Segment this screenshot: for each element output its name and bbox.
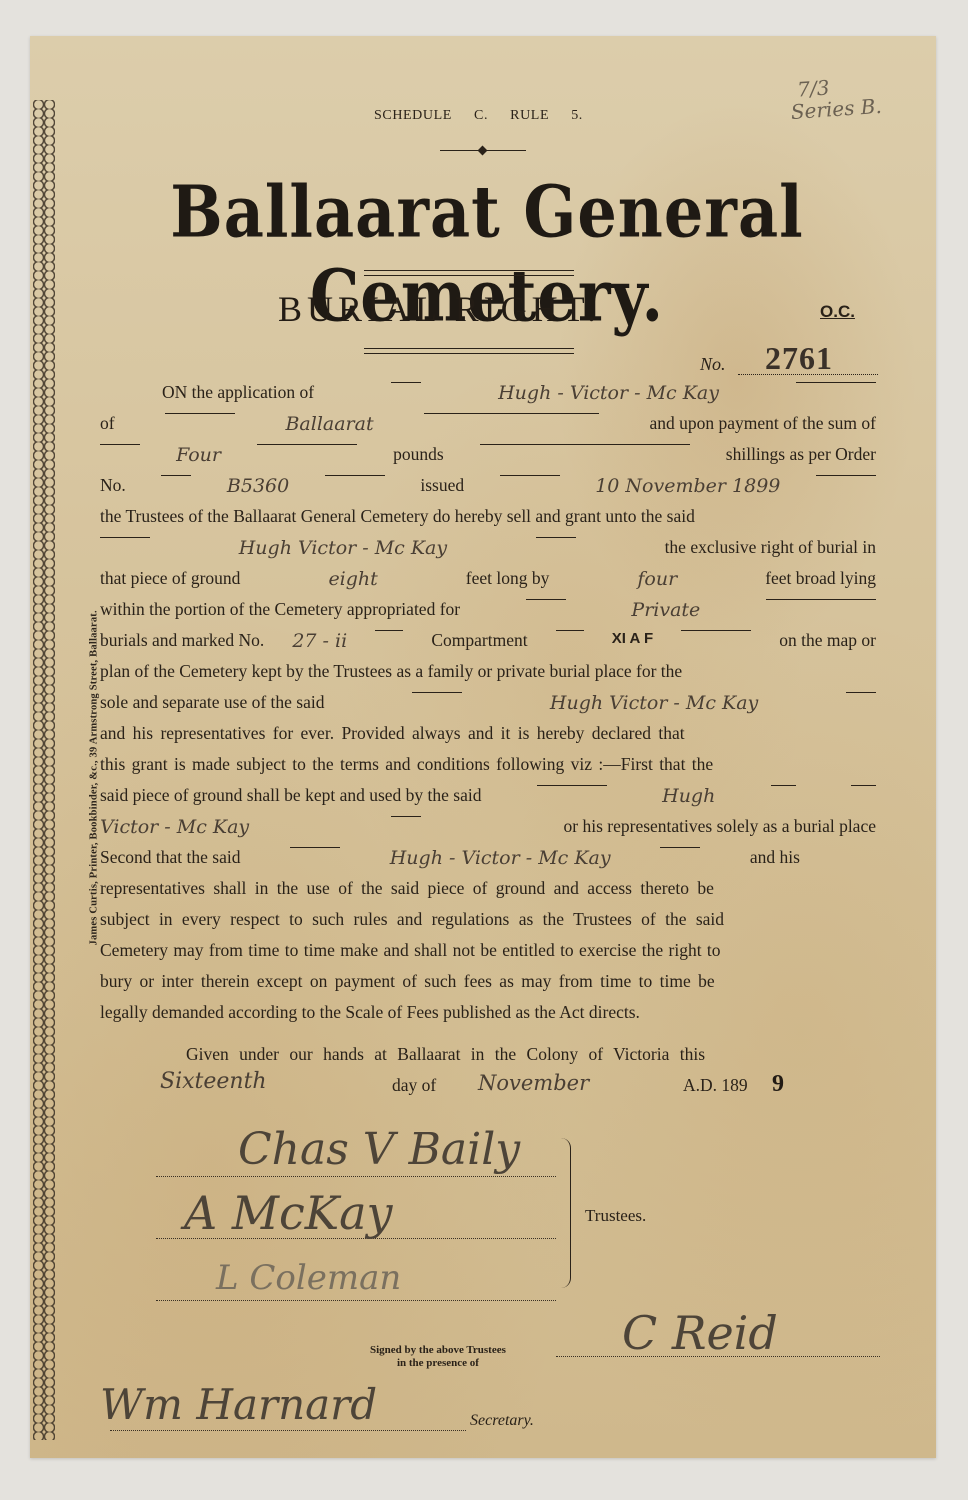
text: said piece of ground shall be kept and u…	[100, 785, 482, 816]
schedule-rule-heading: SCHEDULE C. RULE 5.	[374, 108, 583, 124]
line-payment: Four pounds shillings as per Order	[100, 444, 876, 475]
order-number: B5360	[227, 475, 289, 506]
blank	[500, 475, 560, 476]
pounds-amount: Four	[176, 444, 221, 475]
pencil-annotation: 7/3 Series B.	[789, 73, 883, 123]
line-representatives: and his representatives for ever. Provid…	[100, 723, 876, 754]
text: feet long by	[466, 568, 550, 599]
blank	[290, 847, 340, 848]
witness-signature: C Reid	[622, 1306, 778, 1360]
burial-type: Private	[631, 599, 700, 630]
text: Second that the said	[100, 847, 240, 878]
blank	[771, 785, 796, 786]
text: on the map or	[779, 630, 876, 661]
text: or his representatives solely as a buria…	[564, 816, 876, 847]
line-residence: of Ballaarat and upon payment of the sum…	[100, 413, 876, 444]
second-party-name: Hugh - Victor - Mc Kay	[390, 847, 611, 878]
second-name: Victor - Mc Kay	[100, 816, 249, 847]
ad-label: A.D. 189	[683, 1075, 748, 1096]
year-digit: 9	[772, 1071, 784, 1098]
line-act: legally demanded according to the Scale …	[100, 1002, 876, 1033]
trustee-sig-line-3	[156, 1300, 556, 1301]
blank	[391, 382, 421, 383]
month-value: November	[478, 1071, 589, 1095]
trustee-signature-1: Chas V Baily	[238, 1124, 520, 1175]
line-plan: plan of the Cemetery kept by the Trustee…	[100, 661, 876, 692]
text: No.	[100, 475, 126, 506]
text: issued	[420, 475, 464, 506]
certificate-number-label: No.	[700, 354, 726, 375]
printer-imprint: James Curtis, Printer, Bookbinder, &c., …	[89, 586, 100, 946]
document-subtitle: BURIAL RIGHT.	[278, 288, 601, 330]
line-dimensions: that piece of ground eight feet long by …	[100, 568, 876, 599]
blank	[165, 413, 235, 414]
blank	[766, 599, 876, 600]
day-label: day of	[392, 1075, 436, 1096]
text: shillings as per Order	[726, 444, 876, 475]
text: the exclusive right of burial in	[665, 537, 876, 568]
blank	[556, 630, 584, 631]
trustee-signature-3: L Coleman	[216, 1258, 401, 1298]
plot-length: eight	[328, 568, 377, 599]
ornamental-border	[33, 100, 55, 1440]
grantee-name: Hugh Victor - Mc Kay	[239, 537, 447, 568]
blank	[100, 444, 140, 445]
line-first-condition: said piece of ground shall be kept and u…	[100, 785, 876, 816]
residence: Ballaarat	[285, 413, 373, 444]
line-application: ON the application of Hugh - Victor - Mc…	[100, 382, 876, 413]
secretary-signature: Wm Harnard	[100, 1380, 377, 1429]
witness-label-line-1: Signed by the above Trustees	[370, 1344, 506, 1357]
blank	[681, 630, 751, 631]
line-grantee: Hugh Victor - Mc Kay the exclusive right…	[100, 537, 876, 568]
blank	[161, 475, 191, 476]
blank	[846, 692, 876, 693]
blank	[100, 537, 150, 538]
text: ON the application of	[162, 382, 314, 413]
blank	[257, 444, 357, 445]
blank	[537, 785, 607, 786]
blank	[816, 475, 876, 476]
certificate-number: 2761	[765, 340, 833, 377]
line-exercise: Cemetery may from time to time make and …	[100, 940, 876, 971]
text: of	[100, 413, 115, 444]
blank	[660, 847, 700, 848]
trustees-brace	[560, 1138, 571, 1288]
blank	[526, 599, 566, 600]
trustee-signature-2: A McKay	[184, 1186, 392, 1240]
secretary-label: Secretary.	[470, 1412, 534, 1430]
text: and upon payment of the sum of	[649, 413, 875, 444]
text: pounds	[393, 444, 444, 475]
line-fees: bury or inter therein except on payment …	[100, 971, 876, 1002]
trustee-sig-line-1	[156, 1176, 556, 1177]
text: and his	[750, 847, 800, 878]
double-rule-top	[364, 270, 574, 276]
blank	[412, 692, 462, 693]
witness-label-line-2: in the presence of	[370, 1357, 506, 1370]
blank	[851, 785, 876, 786]
text: within the portion of the Cemetery appro…	[100, 599, 460, 630]
text: burials and marked No.	[100, 630, 264, 661]
text: that piece of ground	[100, 568, 240, 599]
blank	[391, 816, 421, 817]
witness-label: Signed by the above Trustees in the pres…	[370, 1344, 506, 1370]
first-name: Hugh	[662, 785, 715, 816]
line-conditions: this grant is made subject to the terms …	[100, 754, 876, 785]
line-trustees: the Trustees of the Ballaarat General Ce…	[100, 506, 876, 537]
blank	[375, 630, 403, 631]
oc-mark: O.C.	[820, 302, 855, 322]
sole-user-name: Hugh Victor - Mc Kay	[550, 692, 758, 723]
double-rule-bottom	[364, 348, 574, 354]
line-order: No. B5360 issued 10 November 1899	[100, 475, 876, 506]
blank	[796, 382, 876, 383]
text: Compartment	[431, 630, 527, 661]
line-solely: Victor - Mc Kay or his representatives s…	[100, 816, 876, 847]
line-use: representatives shall in the use of the …	[100, 878, 876, 909]
line-date: Sixteenth day of November A.D. 189 9	[100, 1075, 876, 1106]
issued-date: 10 November 1899	[595, 475, 780, 506]
shillings-blank	[480, 444, 690, 445]
applicant-name: Hugh - Victor - Mc Kay	[498, 382, 719, 413]
text: feet broad lying	[765, 568, 876, 599]
day-value: Sixteenth	[160, 1069, 267, 1094]
text: sole and separate use of the said	[100, 692, 325, 723]
marked-number: 27 - ii	[292, 630, 347, 661]
secretary-sig-line	[110, 1430, 466, 1431]
line-second-condition: Second that the said Hugh - Victor - Mc …	[100, 847, 800, 878]
plot-breadth: four	[637, 568, 677, 599]
line-marked: burials and marked No. 27 - ii Compartme…	[100, 630, 876, 661]
compartment-value: XI A F	[612, 630, 653, 661]
trustees-label: Trustees.	[585, 1206, 646, 1226]
blank	[536, 537, 576, 538]
line-portion: within the portion of the Cemetery appro…	[100, 599, 876, 630]
line-rules: subject in every respect to such rules a…	[100, 909, 876, 940]
line-sole-use: sole and separate use of the said Hugh V…	[100, 692, 876, 723]
blank	[424, 413, 599, 414]
blank	[325, 475, 385, 476]
diamond-rule-ornament	[440, 150, 526, 151]
